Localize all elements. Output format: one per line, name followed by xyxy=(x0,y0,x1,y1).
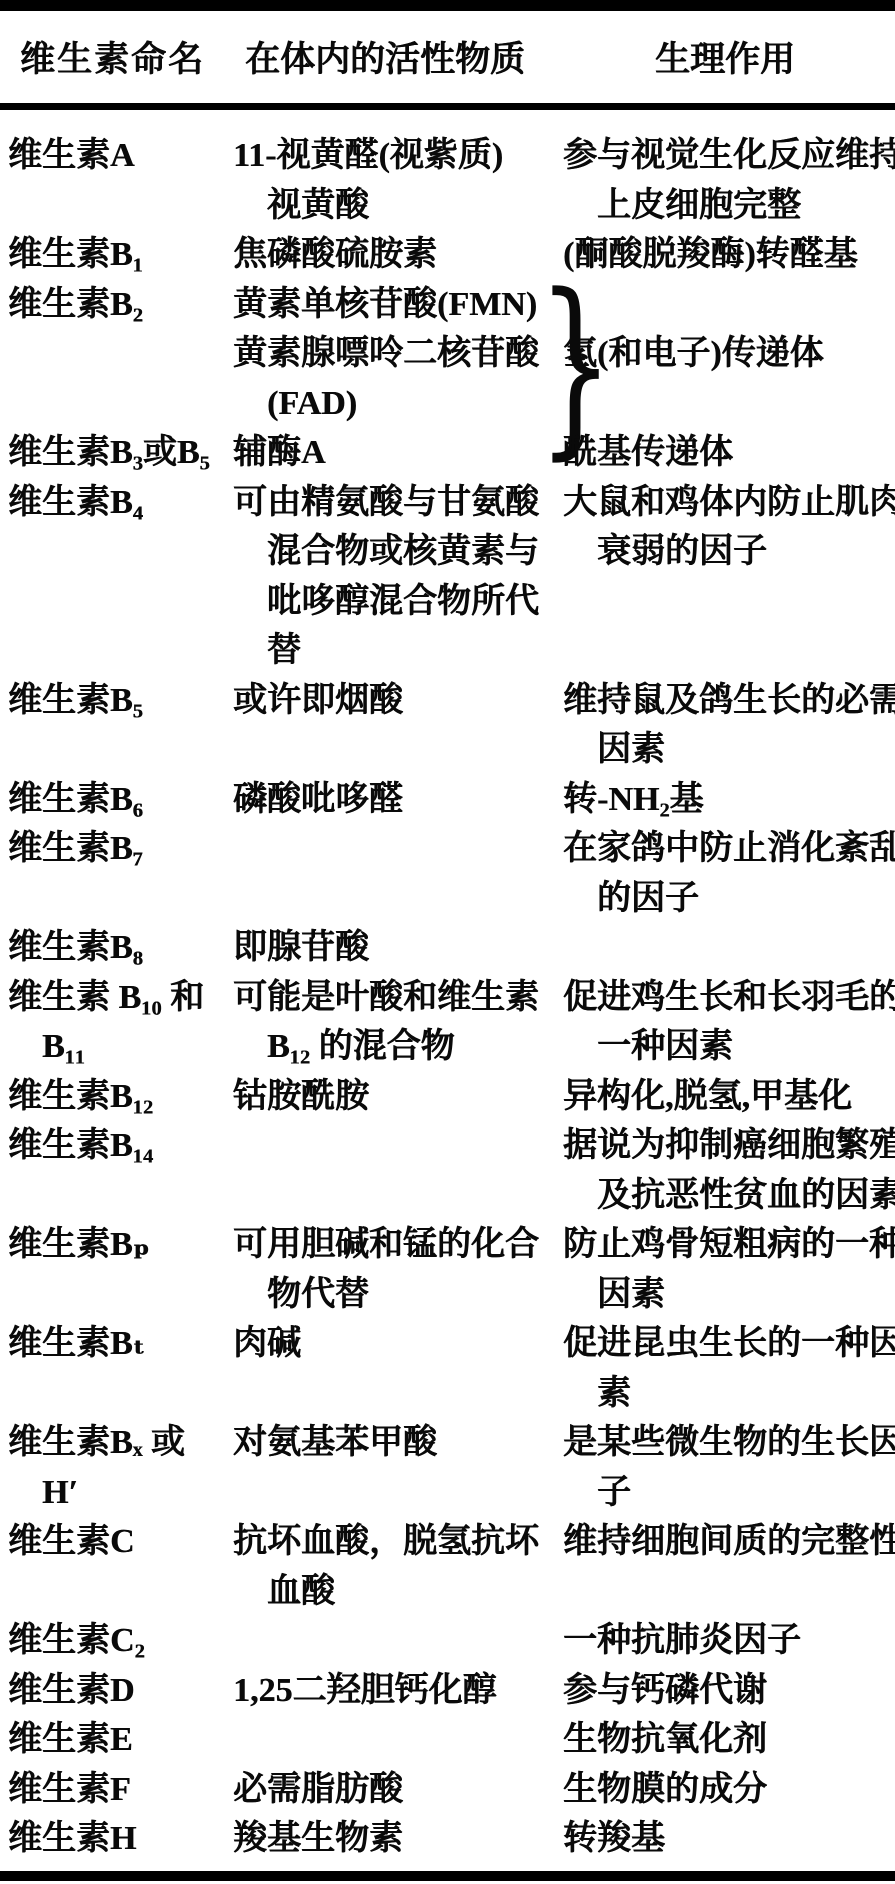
cell-line: 上皮细胞完整 xyxy=(563,181,895,231)
cell-line: 或许即烟酸 xyxy=(233,676,555,726)
cell-line: 维生素B₄ xyxy=(8,478,215,528)
cell-line: 维生素Bₚ xyxy=(8,1220,215,1270)
active-substance-cell: 可由精氨酸与甘氨酸 混合物或核黄素与 吡哆醇混合物所代 替 xyxy=(215,478,555,676)
physiological-function-cell: 维持鼠及鸽生长的必需 因素 xyxy=(555,676,895,775)
cell-line: 可由精氨酸与甘氨酸 xyxy=(233,478,555,528)
table-body: 维生素A11-视黄醛(视紫质) 视黄酸参与视觉生化反应维持 上皮细胞完整维生素B… xyxy=(0,110,895,1864)
vitamin-name-cell: 维生素Bₜ xyxy=(0,1319,215,1418)
cell-line: 维持细胞间质的完整性 xyxy=(563,1517,895,1567)
cell-line: 黄素单核苷酸(FMN) xyxy=(233,280,555,330)
physiological-function-cell: 是某些微生物的生长因 子 xyxy=(555,1418,895,1517)
vitamin-name-cell: 维生素B₂ xyxy=(0,280,215,429)
cell-line: 磷酸吡哆醛 xyxy=(233,775,555,825)
table-row: 维生素Bₓ 或 H′对氨基苯甲酸是某些微生物的生长因 子 xyxy=(0,1418,895,1517)
cell-line: 转羧基 xyxy=(563,1814,895,1864)
active-substance-cell: 即腺苷酸 xyxy=(215,923,555,973)
cell-line: 维生素E xyxy=(8,1715,215,1765)
physiological-function-cell: 酰基传递体 xyxy=(555,428,895,478)
vitamin-name-cell: 维生素B₁ xyxy=(0,230,215,280)
table-row: 维生素B₇在家鸽中防止消化紊乱 的因子 xyxy=(0,824,895,923)
cell-line: 维生素B₁₄ xyxy=(8,1121,215,1171)
cell-line: 异构化,脱氢,甲基化 xyxy=(563,1072,895,1122)
physiological-function-cell: 维持细胞间质的完整性 xyxy=(555,1517,895,1616)
vitamin-name-cell: 维生素B₅ xyxy=(0,676,215,775)
active-substance-cell xyxy=(215,1121,555,1220)
cell-line: 维生素B₁₂ xyxy=(8,1072,215,1122)
cell-line: 子 xyxy=(563,1468,895,1518)
active-substance-cell: 肉碱 xyxy=(215,1319,555,1418)
cell-line: 防止鸡骨短粗病的一种 xyxy=(563,1220,895,1270)
active-substance-cell: 必需脂肪酸 xyxy=(215,1765,555,1815)
vitamin-name-cell: 维生素A xyxy=(0,131,215,230)
cell-line: B₁₁ xyxy=(8,1022,215,1072)
cell-line: 酰基传递体 xyxy=(563,428,895,478)
table-top-border xyxy=(0,0,895,11)
active-substance-cell: 11-视黄醛(视紫质) 视黄酸 xyxy=(215,131,555,230)
cell-line: 促进鸡生长和长羽毛的 xyxy=(563,973,895,1023)
cell-line: 血酸 xyxy=(233,1567,555,1617)
cell-line: 辅酶A xyxy=(233,428,555,478)
table-row: 维生素B₆磷酸吡哆醛转-NH₂基 xyxy=(0,775,895,825)
physiological-function-cell: 据说为抑制癌细胞繁殖 及抗恶性贫血的因素 xyxy=(555,1121,895,1220)
active-substance-cell: 磷酸吡哆醛 xyxy=(215,775,555,825)
cell-line: 转-NH₂基 xyxy=(563,775,895,825)
table-row: 维生素B₄可由精氨酸与甘氨酸 混合物或核黄素与 吡哆醇混合物所代 替大鼠和鸡体内… xyxy=(0,478,895,676)
vitamin-name-cell: 维生素 B₁₀ 和 B₁₁ xyxy=(0,973,215,1072)
vitamin-name-cell: 维生素B₈ xyxy=(0,923,215,973)
cell-line: 混合物或核黄素与 xyxy=(233,527,555,577)
table-row: 维生素B₂黄素单核苷酸(FMN)黄素腺嘌呤二核苷酸 (FAD)氢(和电子)传递体… xyxy=(0,280,895,429)
active-substance-cell: 羧基生物素 xyxy=(215,1814,555,1864)
cell-line: 生物膜的成分 xyxy=(563,1765,895,1815)
active-substance-cell: 对氨基苯甲酸 xyxy=(215,1418,555,1517)
vitamin-name-cell: 维生素B₆ xyxy=(0,775,215,825)
cell-line: 必需脂肪酸 xyxy=(233,1765,555,1815)
physiological-function-cell: 大鼠和鸡体内防止肌肉 衰弱的因子 xyxy=(555,478,895,676)
active-substance-cell: 辅酶A xyxy=(215,428,555,478)
physiological-function-cell: 转羧基 xyxy=(555,1814,895,1864)
cell-line: 黄素腺嘌呤二核苷酸 xyxy=(233,329,555,379)
physiological-function-cell: 在家鸽中防止消化紊乱 的因子 xyxy=(555,824,895,923)
cell-line: B₁₂ 的混合物 xyxy=(233,1022,555,1072)
active-substance-cell: 黄素单核苷酸(FMN)黄素腺嘌呤二核苷酸 (FAD) xyxy=(215,280,555,429)
cell-line: 维生素B₆ xyxy=(8,775,215,825)
cell-line: 因素 xyxy=(563,1270,895,1320)
column-header-vitamin-name: 维生素命名 xyxy=(0,32,215,82)
active-substance-cell: 或许即烟酸 xyxy=(215,676,555,775)
physiological-function-cell: 转-NH₂基 xyxy=(555,775,895,825)
table-row: 维生素E生物抗氧化剂 xyxy=(0,1715,895,1765)
vitamin-name-cell: 维生素Bₚ xyxy=(0,1220,215,1319)
table-row: 维生素Bₜ肉碱促进昆虫生长的一种因 素 xyxy=(0,1319,895,1418)
cell-line: 维生素B₃或B₅ xyxy=(8,428,215,478)
cell-line: 大鼠和鸡体内防止肌肉 xyxy=(563,478,895,528)
table-row: 维生素B₁₂钴胺酰胺异构化,脱氢,甲基化 xyxy=(0,1072,895,1122)
vitamin-name-cell: 维生素F xyxy=(0,1765,215,1815)
header-separator-rule xyxy=(0,103,895,110)
cell-line: 替 xyxy=(233,626,555,676)
vitamin-name-cell: 维生素H xyxy=(0,1814,215,1864)
table-row: 维生素B₈即腺苷酸 xyxy=(0,923,895,973)
cell-line: 一种因素 xyxy=(563,1022,895,1072)
vitamin-name-cell: 维生素B₁₄ xyxy=(0,1121,215,1220)
physiological-function-cell: 促进鸡生长和长羽毛的 一种因素 xyxy=(555,973,895,1072)
cell-line: 维生素A xyxy=(8,131,215,181)
cell-line: 焦磷酸硫胺素 xyxy=(233,230,555,280)
cell-line: 羧基生物素 xyxy=(233,1814,555,1864)
cell-line: 维生素B₇ xyxy=(8,824,215,874)
cell-line: 维生素B₈ xyxy=(8,923,215,973)
cell-line: 维生素C₂ xyxy=(8,1616,215,1666)
cell-line: 素 xyxy=(563,1369,895,1419)
table-row: 维生素A11-视黄醛(视紫质) 视黄酸参与视觉生化反应维持 上皮细胞完整 xyxy=(0,131,895,230)
active-substance-cell xyxy=(215,1715,555,1765)
active-substance-cell: 可能是叶酸和维生素 B₁₂ 的混合物 xyxy=(215,973,555,1072)
cell-line: 维生素H xyxy=(8,1814,215,1864)
cell-line: 维持鼠及鸽生长的必需 xyxy=(563,676,895,726)
table-row: 维生素C₂一种抗肺炎因子 xyxy=(0,1616,895,1666)
cell-line: 生物抗氧化剂 xyxy=(563,1715,895,1765)
cell-line: 1,25二羟胆钙化醇 xyxy=(233,1666,555,1716)
cell-line: 可用胆碱和锰的化合 xyxy=(233,1220,555,1270)
vitamin-name-cell: 维生素B₄ xyxy=(0,478,215,676)
cell-line: 物代替 xyxy=(233,1270,555,1320)
cell-line: 衰弱的因子 xyxy=(563,527,895,577)
cell-line: 11-视黄醛(视紫质) xyxy=(233,131,555,181)
cell-line: 维生素C xyxy=(8,1517,215,1567)
cell-line: 在家鸽中防止消化紊乱 xyxy=(563,824,895,874)
active-substance-cell: 抗坏血酸，脱氢抗坏 血酸 xyxy=(215,1517,555,1616)
cell-line: 对氨基苯甲酸 xyxy=(233,1418,555,1468)
table-row: 维生素B₁₄据说为抑制癌细胞繁殖 及抗恶性贫血的因素 xyxy=(0,1121,895,1220)
table-row: 维生素F必需脂肪酸生物膜的成分 xyxy=(0,1765,895,1815)
table-bottom-border xyxy=(0,1871,895,1881)
physiological-function-cell: 防止鸡骨短粗病的一种 因素 xyxy=(555,1220,895,1319)
cell-line: H′ xyxy=(8,1468,215,1518)
vitamin-name-cell: 维生素B₁₂ xyxy=(0,1072,215,1122)
cell-line: 促进昆虫生长的一种因 xyxy=(563,1319,895,1369)
cell-line: 据说为抑制癌细胞繁殖 xyxy=(563,1121,895,1171)
vitamin-name-cell: 维生素C xyxy=(0,1517,215,1616)
physiological-function-cell: 促进昆虫生长的一种因 素 xyxy=(555,1319,895,1418)
cell-line: 抗坏血酸，脱氢抗坏 xyxy=(233,1517,555,1567)
physiological-function-cell: 参与视觉生化反应维持 上皮细胞完整 xyxy=(555,131,895,230)
table-row: 维生素B₅或许即烟酸维持鼠及鸽生长的必需 因素 xyxy=(0,676,895,775)
vitamin-name-cell: 维生素Bₓ 或 H′ xyxy=(0,1418,215,1517)
column-header-physiological-function: 生理作用 xyxy=(555,32,895,82)
cell-line: 维生素D xyxy=(8,1666,215,1716)
vitamin-name-cell: 维生素D xyxy=(0,1666,215,1716)
active-substance-cell: 焦磷酸硫胺素 xyxy=(215,230,555,280)
physiological-function-cell: 参与钙磷代谢 xyxy=(555,1666,895,1716)
active-substance-cell: 钴胺酰胺 xyxy=(215,1072,555,1122)
vitamin-name-cell: 维生素C₂ xyxy=(0,1616,215,1666)
table-header-row: 维生素命名 在体内的活性物质 生理作用 xyxy=(0,11,895,103)
cell-line: 即腺苷酸 xyxy=(233,923,555,973)
cell-line: 吡哆醇混合物所代 xyxy=(233,577,555,627)
column-header-active-substance: 在体内的活性物质 xyxy=(215,32,555,82)
cell-line: 可能是叶酸和维生素 xyxy=(233,973,555,1023)
physiological-function-cell xyxy=(555,923,895,973)
scanned-vitamin-table-page: 维生素命名 在体内的活性物质 生理作用 维生素A11-视黄醛(视紫质) 视黄酸参… xyxy=(0,0,895,1884)
table-row: 维生素 B₁₀ 和 B₁₁可能是叶酸和维生素 B₁₂ 的混合物促进鸡生长和长羽毛… xyxy=(0,973,895,1072)
table-row: 维生素D1,25二羟胆钙化醇参与钙磷代谢 xyxy=(0,1666,895,1716)
cell-line: 维生素Bₜ xyxy=(8,1319,215,1369)
active-substance-cell: 1,25二羟胆钙化醇 xyxy=(215,1666,555,1716)
cell-line: 参与视觉生化反应维持 xyxy=(563,131,895,181)
vitamin-name-cell: 维生素B₃或B₅ xyxy=(0,428,215,478)
active-substance-cell xyxy=(215,824,555,923)
active-substance-cell: 可用胆碱和锰的化合 物代替 xyxy=(215,1220,555,1319)
cell-line: 视黄酸 xyxy=(233,181,555,231)
cell-line: 一种抗肺炎因子 xyxy=(563,1616,895,1666)
cell-line: 维生素 B₁₀ 和 xyxy=(8,973,215,1023)
cell-line: 参与钙磷代谢 xyxy=(563,1666,895,1716)
physiological-function-cell: 异构化,脱氢,甲基化 xyxy=(555,1072,895,1122)
physiological-function-cell: 生物抗氧化剂 xyxy=(555,1715,895,1765)
cell-line: 钴胺酰胺 xyxy=(233,1072,555,1122)
table-row: 维生素C抗坏血酸，脱氢抗坏 血酸维持细胞间质的完整性 xyxy=(0,1517,895,1616)
physiological-function-cell: 一种抗肺炎因子 xyxy=(555,1616,895,1666)
table-row: 维生素B₃或B₅辅酶A酰基传递体 xyxy=(0,428,895,478)
cell-line: 维生素B₁ xyxy=(8,230,215,280)
table-row: 维生素B₁焦磷酸硫胺素(酮酸脱羧酶)转醛基 xyxy=(0,230,895,280)
cell-line: 维生素Bₓ 或 xyxy=(8,1418,215,1468)
cell-line: 是某些微生物的生长因 xyxy=(563,1418,895,1468)
physiological-function-cell: 生物膜的成分 xyxy=(555,1765,895,1815)
vitamin-name-cell: 维生素B₇ xyxy=(0,824,215,923)
cell-line: 维生素B₂ xyxy=(8,280,215,330)
cell-line: 因素 xyxy=(563,725,895,775)
table-row: 维生素H羧基生物素转羧基 xyxy=(0,1814,895,1864)
cell-line: 的因子 xyxy=(563,874,895,924)
cell-line: 及抗恶性贫血的因素 xyxy=(563,1171,895,1221)
cell-line: 维生素B₅ xyxy=(8,676,215,726)
vitamin-name-cell: 维生素E xyxy=(0,1715,215,1765)
table-row: 维生素Bₚ可用胆碱和锰的化合 物代替防止鸡骨短粗病的一种 因素 xyxy=(0,1220,895,1319)
active-substance-cell xyxy=(215,1616,555,1666)
cell-line: 维生素F xyxy=(8,1765,215,1815)
cell-line: 肉碱 xyxy=(233,1319,555,1369)
cell-line: (FAD) xyxy=(233,379,555,429)
